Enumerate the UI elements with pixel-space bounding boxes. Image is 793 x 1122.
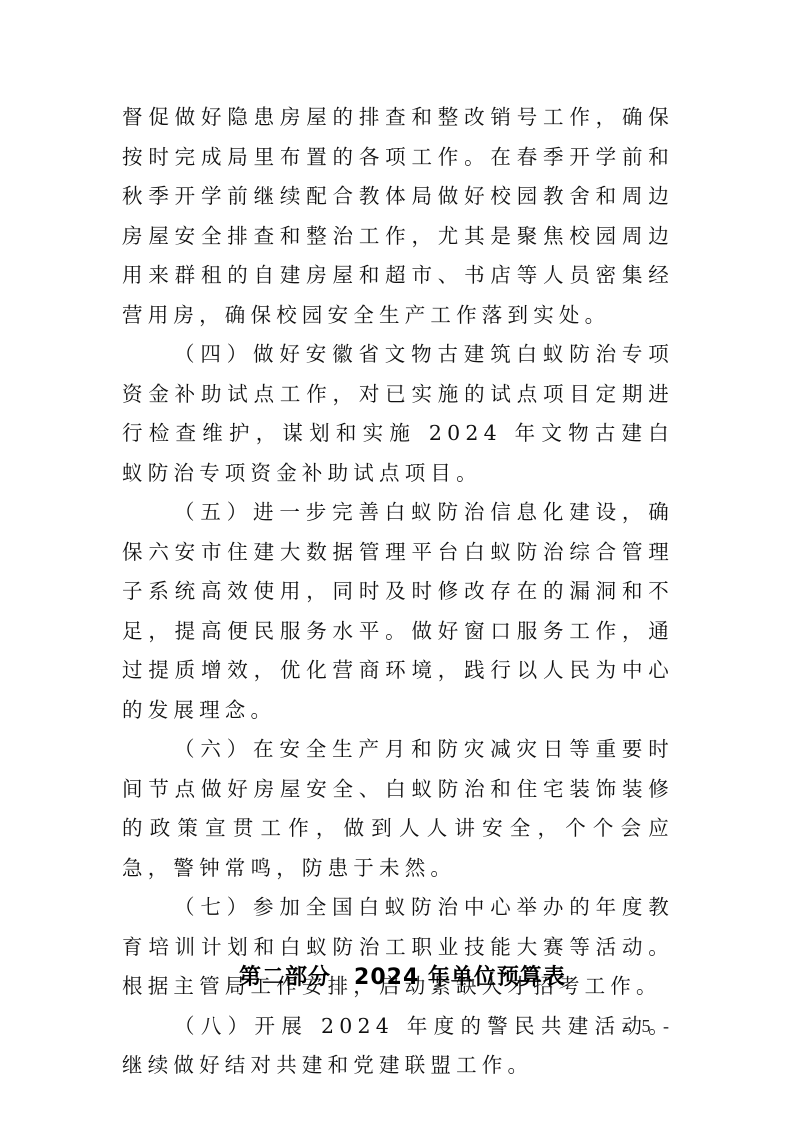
document-body: 督促做好隐患房屋的排查和整改销号工作，确保按时完成局里布置的各项工作。在春季开学… [122, 98, 674, 1086]
paragraph-item-8: （八）开展 2024 年度的警民共建活动。继续做好结对共建和党建联盟工作。 [122, 1007, 674, 1086]
paragraph-item-6: （六）在安全生产月和防灾减灾日等重要时间节点做好房屋安全、白蚁防治和住宅装饰装修… [122, 730, 674, 888]
page-number: - 5 - [623, 1016, 673, 1037]
paragraph-item-5: （五）进一步完善白蚁防治信息化建设，确保六安市住建大数据管理平台白蚁防治综合管理… [122, 493, 674, 730]
section-heading: 第二部分 2024 年单位预算表 [0, 960, 793, 991]
paragraph-item-4: （四）做好安徽省文物古建筑白蚁防治专项资金补助试点工作，对已实施的试点项目定期进… [122, 335, 674, 493]
paragraph-continuation: 督促做好隐患房屋的排查和整改销号工作，确保按时完成局里布置的各项工作。在春季开学… [122, 98, 674, 335]
